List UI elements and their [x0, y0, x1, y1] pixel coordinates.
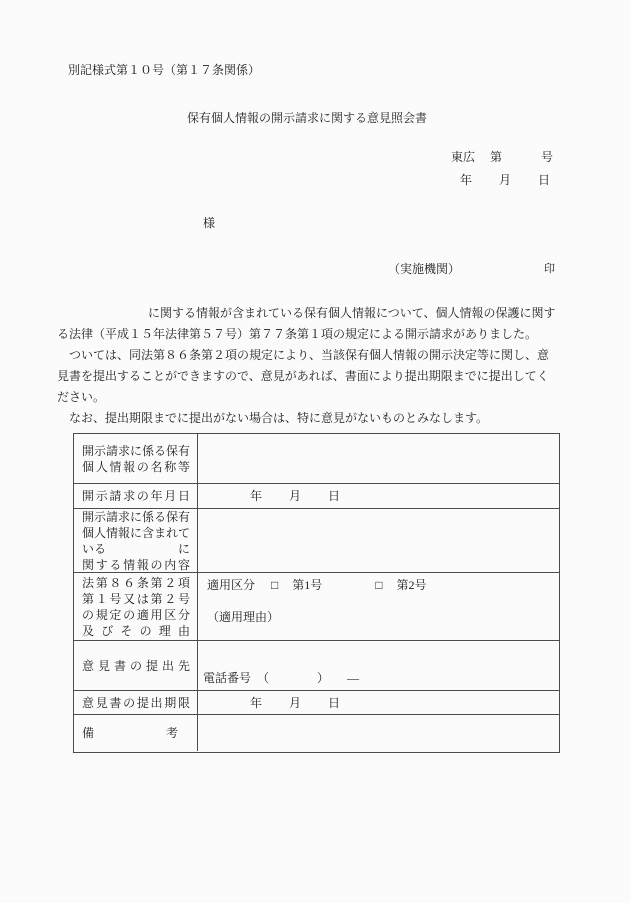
option-no2-label: 第2号	[397, 578, 427, 592]
option-no1-label: 第1号	[292, 578, 322, 592]
row-label-remarks: 備 考	[74, 714, 198, 751]
seal-mark-icon: 印	[544, 262, 555, 276]
row-value-request-date: 年 月 日	[198, 483, 559, 508]
applicable-category-label: 適用区分	[207, 578, 255, 592]
row-label-submission-address: 意見書の提出先	[74, 640, 198, 690]
row-value-remarks	[198, 714, 559, 751]
blank-line	[207, 593, 559, 609]
document-number-line: 東広 第 号	[451, 149, 553, 165]
applicable-category-line: 適用区分□第1号□第2号	[207, 577, 559, 593]
form-number: 別記様式第１０号（第１７条関係）	[68, 62, 260, 78]
addressee-honorific: 様	[203, 215, 215, 231]
checkbox-no1-icon: □	[271, 578, 278, 592]
row-label-info-content: 開示請求に係る保有個人情報に含まれている に関する情報の内容	[74, 508, 198, 572]
checkbox-no2-icon: □	[375, 578, 382, 592]
row-value-submission-deadline: 年 月 日	[198, 690, 559, 714]
row-label-request-date: 開示請求の年月日	[74, 483, 198, 508]
row-label-applicable-provision: 法第８６条第２項第１号又は第２号の規定の適用区分及びその理由	[74, 572, 198, 640]
row-label-held-info-name: 開示請求に係る保有個人情報の名称等	[74, 434, 198, 483]
body-paragraph: に関する情報が含まれている保有個人情報について、個人情報の保護に関する法律（平成…	[57, 303, 557, 429]
request-details-table: 開示請求に係る保有個人情報の名称等 開示請求の年月日 年 月 日 開示請求に係る…	[73, 433, 560, 753]
row-value-held-info-name	[198, 434, 559, 483]
page-title: 保有個人情報の開示請求に関する意見照会書	[57, 110, 557, 126]
row-value-submission-address: 電話番号 （ ） ―	[198, 640, 559, 690]
row-value-info-content	[198, 508, 559, 572]
row-value-applicable-provision: 適用区分□第1号□第2号 （適用理由）	[198, 572, 559, 640]
document-date-line: 年 月 日	[460, 172, 550, 188]
issuing-agency-label: （実施機関）	[388, 261, 460, 277]
row-label-submission-deadline: 意見書の提出期限	[74, 690, 198, 714]
document-page: 別記様式第１０号（第１７条関係） 保有個人情報の開示請求に関する意見照会書 東広…	[0, 0, 630, 903]
applicable-reason-label: （適用理由）	[207, 609, 559, 625]
